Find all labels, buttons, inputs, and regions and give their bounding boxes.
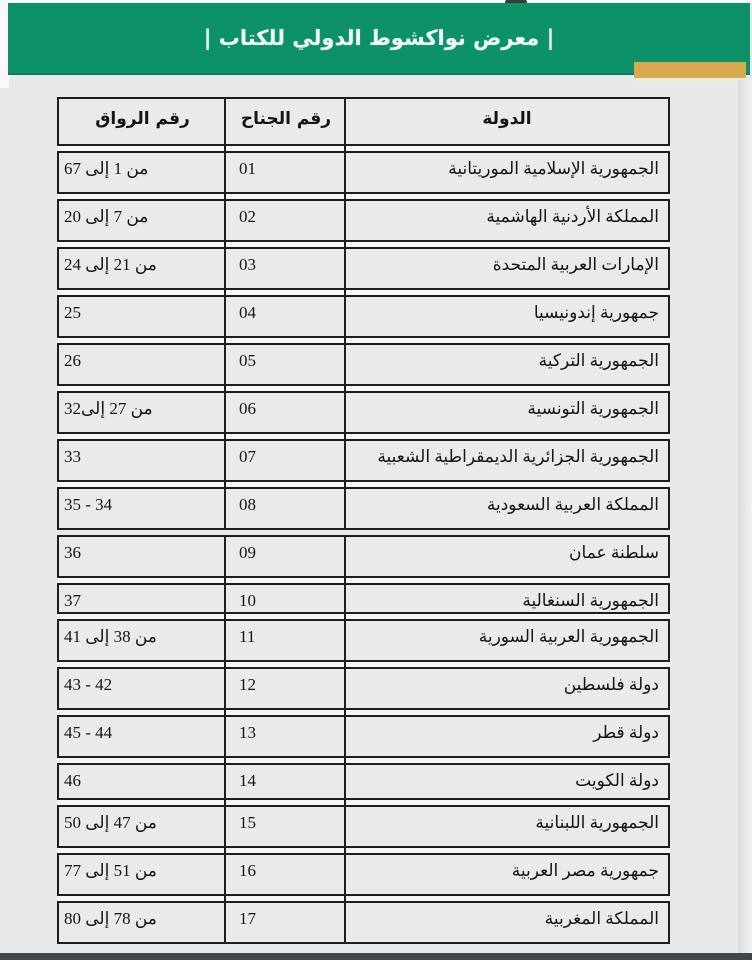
wing-number-cell: 04: [226, 297, 346, 336]
table-row: الجمهورية العربية السورية11من 38 إلى 41: [57, 619, 670, 662]
column-divider: [344, 535, 346, 944]
hall-number-cell: من 21 إلى 24: [59, 249, 226, 288]
wing-number-cell: 13: [226, 717, 346, 756]
country-cell: الجمهورية التونسية: [346, 393, 668, 432]
table-row: المملكة المغربية17من 78 إلى 80: [57, 901, 670, 944]
wing-number-cell: 12: [226, 669, 346, 708]
hall-number-cell: من 1 إلى 67: [59, 153, 226, 192]
hall-number-cell: من 78 إلى 80: [59, 903, 226, 942]
hall-number-cell: 36: [59, 537, 226, 576]
hall-number-cell: من 27 إلى32: [59, 393, 226, 432]
table-block-bottom: سلطنة عمان0936الجمهورية السنغالية1037الج…: [57, 535, 670, 944]
gold-accent-bar: [634, 62, 746, 81]
table-row: الجمهورية الجزائرية الديمقراطية الشعبية0…: [57, 439, 670, 482]
column-divider: [224, 97, 226, 530]
country-cell: الجمهورية التركية: [346, 345, 668, 384]
table-row: الجمهورية السنغالية1037: [57, 583, 670, 614]
country-cell: دولة الكويت: [346, 765, 668, 798]
column-header-wing-number: رقم الجناح: [226, 99, 346, 144]
wing-number-cell: 15: [226, 807, 346, 846]
table-row: المملكة الأردنية الهاشمية02من 7 إلى 20: [57, 199, 670, 242]
wing-number-cell: 17: [226, 903, 346, 942]
wing-number-cell: 05: [226, 345, 346, 384]
wing-number-cell: 16: [226, 855, 346, 894]
wing-number-cell: 11: [226, 621, 346, 660]
hall-number-cell: 42 - 43: [59, 669, 226, 708]
hall-number-cell: 46: [59, 765, 226, 798]
hall-number-cell: 44 - 45: [59, 717, 226, 756]
wing-number-cell: 08: [226, 489, 346, 528]
country-cell: الجمهورية السنغالية: [346, 585, 668, 612]
table-block-top: الدولة رقم الجناح رقم الرواق الجمهورية ا…: [57, 97, 670, 530]
wing-number-cell: 02: [226, 201, 346, 240]
hall-number-cell: 33: [59, 441, 226, 480]
wing-number-cell: 06: [226, 393, 346, 432]
page-bottom-edge: [0, 953, 752, 960]
country-cell: المملكة المغربية: [346, 903, 668, 942]
hall-number-cell: من 51 إلى 77: [59, 855, 226, 894]
column-divider: [344, 97, 346, 530]
country-cell: الجمهورية الجزائرية الديمقراطية الشعبية: [346, 441, 668, 480]
page-title: | معرض نواكشوط الدولي للكتاب |: [204, 26, 555, 50]
column-divider: [224, 535, 226, 944]
table-row: الجمهورية التونسية06من 27 إلى32: [57, 391, 670, 434]
page-right-edge-shadow: [738, 80, 752, 953]
country-cell: الجمهورية العربية السورية: [346, 621, 668, 660]
country-cell: الجمهورية الإسلامية الموريتانية: [346, 153, 668, 192]
table-row: دولة فلسطين1242 - 43: [57, 667, 670, 710]
hall-number-cell: 34 - 35: [59, 489, 226, 528]
hall-number-cell: من 7 إلى 20: [59, 201, 226, 240]
country-cell: جمهورية مصر العربية: [346, 855, 668, 894]
hall-number-cell: من 38 إلى 41: [59, 621, 226, 660]
table-row: دولة الكويت1446: [57, 763, 670, 800]
wing-number-cell: 01: [226, 153, 346, 192]
table-row: جمهورية مصر العربية16من 51 إلى 77: [57, 853, 670, 896]
country-cell: دولة فلسطين: [346, 669, 668, 708]
scanned-page: { "header": { "title": "| معرض نواكشوط ا…: [0, 0, 752, 960]
country-cell: المملكة العربية السعودية: [346, 489, 668, 528]
column-header-hall-number: رقم الرواق: [59, 99, 226, 144]
exhibitors-table: الدولة رقم الجناح رقم الرواق الجمهورية ا…: [57, 97, 670, 949]
table-row: دولة قطر1344 - 45: [57, 715, 670, 758]
wing-number-cell: 14: [226, 765, 346, 798]
table-row: الجمهورية التركية0526: [57, 343, 670, 386]
column-header-country: الدولة: [346, 99, 668, 144]
wing-number-cell: 10: [226, 585, 346, 612]
table-row: سلطنة عمان0936: [57, 535, 670, 578]
table-row: الجمهورية الإسلامية الموريتانية01من 1 إل…: [57, 151, 670, 194]
country-cell: الإمارات العربية المتحدة: [346, 249, 668, 288]
table-header-row: الدولة رقم الجناح رقم الرواق: [57, 97, 670, 146]
country-cell: المملكة الأردنية الهاشمية: [346, 201, 668, 240]
country-cell: جمهورية إندونيسيا: [346, 297, 668, 336]
wing-number-cell: 09: [226, 537, 346, 576]
hall-number-cell: 25: [59, 297, 226, 336]
country-cell: دولة قطر: [346, 717, 668, 756]
hall-number-cell: من 47 إلى 50: [59, 807, 226, 846]
wing-number-cell: 03: [226, 249, 346, 288]
wing-number-cell: 07: [226, 441, 346, 480]
table-row: جمهورية إندونيسيا0425: [57, 295, 670, 338]
table-row: الجمهورية اللبنانية15من 47 إلى 50: [57, 805, 670, 848]
hall-number-cell: 26: [59, 345, 226, 384]
hall-number-cell: 37: [59, 585, 226, 612]
country-cell: سلطنة عمان: [346, 537, 668, 576]
country-cell: الجمهورية اللبنانية: [346, 807, 668, 846]
table-row: الإمارات العربية المتحدة03من 21 إلى 24: [57, 247, 670, 290]
table-row: المملكة العربية السعودية0834 - 35: [57, 487, 670, 530]
